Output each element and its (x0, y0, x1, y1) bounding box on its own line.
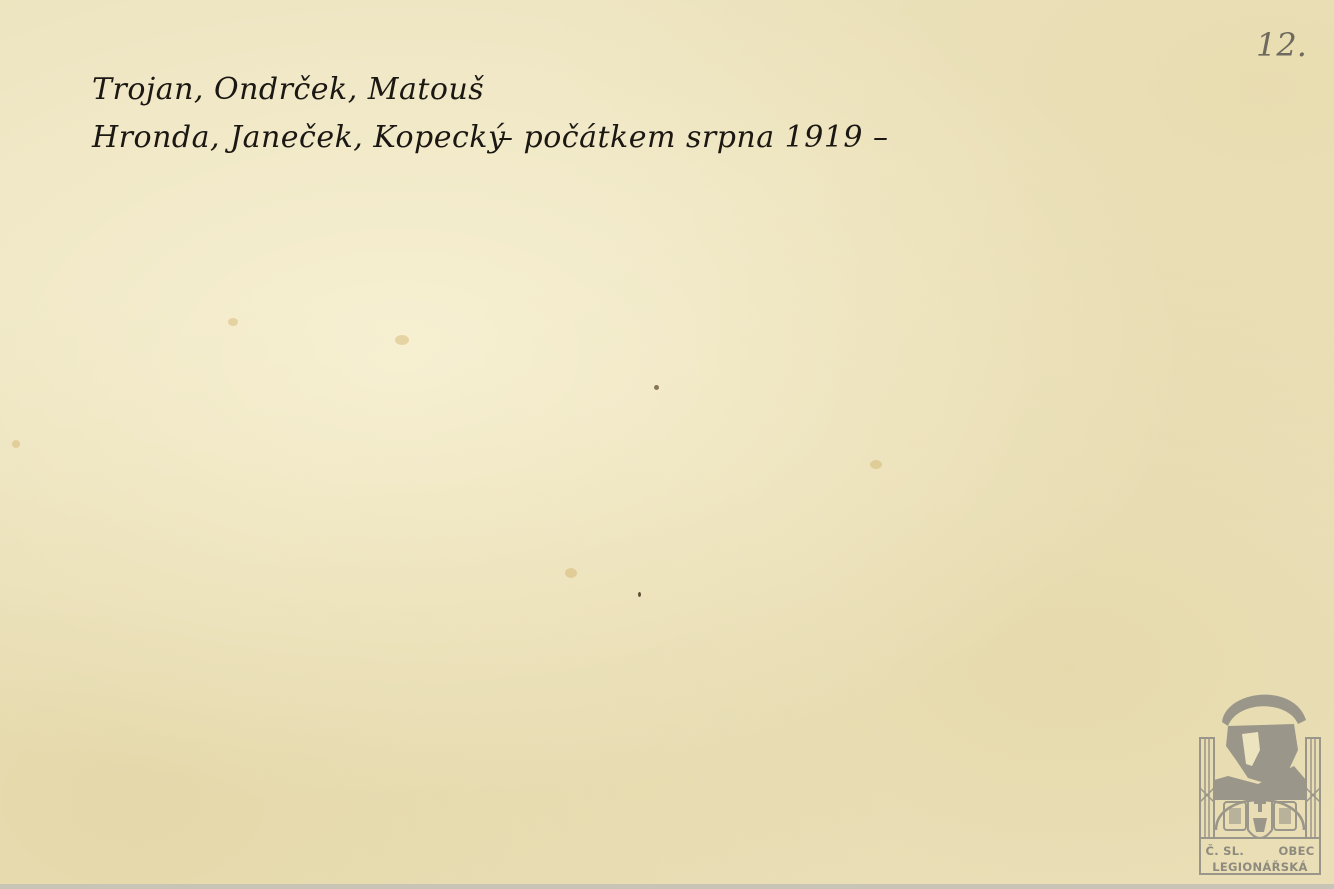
stamp-label-bottom: LEGIONÁŘSKÁ (1198, 860, 1322, 874)
stamp-label-left: Č. SL. (1205, 844, 1244, 858)
stain-spot (12, 440, 20, 448)
stamp-label-right: OBEC (1278, 844, 1314, 858)
stamp-label-top: Č. SL. OBEC (1198, 844, 1322, 858)
handwritten-date-note: – počátkem srpna 1919 – (498, 120, 889, 155)
stain-spot (395, 335, 409, 345)
stain-spot (228, 318, 238, 326)
stain-spot (565, 568, 577, 578)
handwritten-names-line-1: Trojan, Ondrček, Matouš (92, 72, 484, 107)
legion-stamp-logo: Č. SL. OBEC LEGIONÁŘSKÁ (1198, 680, 1322, 876)
handwritten-names-line-2: Hronda, Janeček, Kopecký (92, 120, 505, 155)
stain-spot (870, 460, 882, 469)
paper-bottom-edge (0, 884, 1334, 889)
page-number: 12. (1256, 26, 1307, 64)
stain-spot (654, 385, 659, 390)
stain-spot (638, 592, 641, 597)
